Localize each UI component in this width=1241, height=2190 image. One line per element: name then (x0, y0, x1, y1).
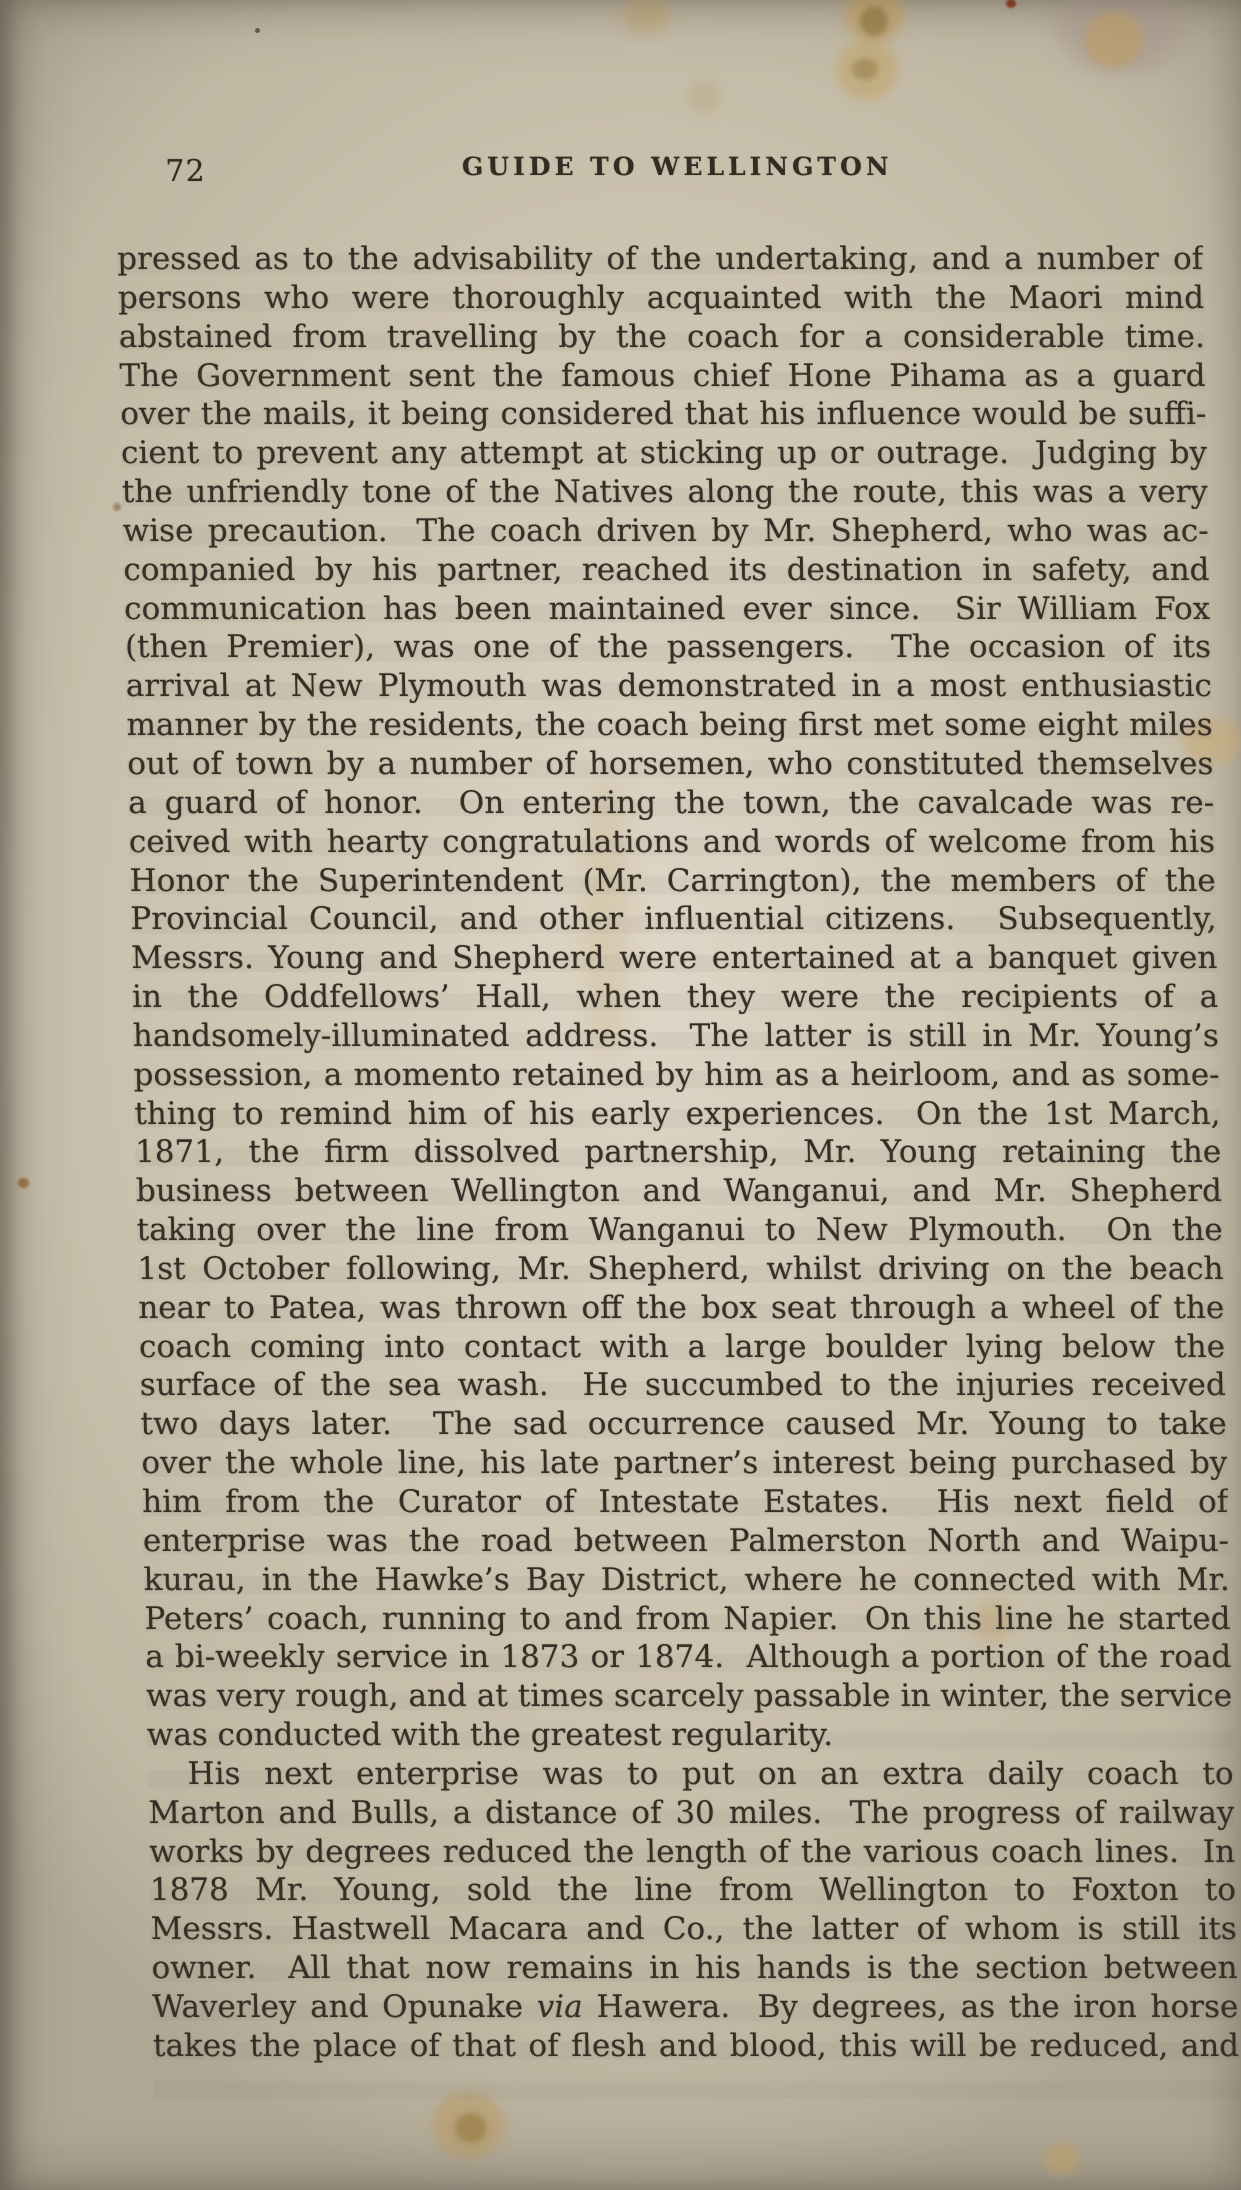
text-line: was conducted with the greatest regulari… (146, 1716, 1233, 1755)
text-line: Marton and Bulls, a distance of 30 miles… (148, 1794, 1235, 1833)
text-line: two days later. The sad occurrence cause… (140, 1405, 1227, 1444)
foxing-stain (113, 503, 121, 511)
text-line: the unfriendly tone of the Natives along… (121, 473, 1208, 512)
text-line: a bi-weekly service in 1873 or 1874. Alt… (145, 1638, 1232, 1677)
text-line: arrival at New Plymouth was demonstrated… (125, 667, 1212, 706)
text-line: over the mails, it being considered that… (120, 395, 1207, 434)
page-content: 72 GUIDE TO WELLINGTON pressed as to the… (112, 0, 1239, 2066)
text-line: companied by his partner, reached its de… (123, 551, 1210, 590)
text-line: Messrs. Young and Shepherd were entertai… (131, 939, 1218, 978)
text-line: 1st October following, Mr. Shepherd, whi… (137, 1250, 1224, 1289)
text-line: owner. All that now remains in his hands… (151, 1949, 1238, 1988)
text-line: manner by the residents, the coach being… (126, 706, 1213, 745)
text-line: business between Wellington and Wanganui… (136, 1172, 1223, 1211)
text-line: works by degrees reduced the length of t… (149, 1833, 1236, 1872)
text-line: His next enterprise was to put on an ext… (147, 1755, 1234, 1794)
running-title: GUIDE TO WELLINGTON (115, 152, 1202, 181)
text-line: cient to prevent any attempt at sticking… (121, 434, 1208, 473)
text-line: abstained from travelling by the coach f… (118, 318, 1205, 357)
text-line: surface of the sea wash. He succumbed to… (139, 1366, 1226, 1405)
foxing-stain (455, 2113, 487, 2143)
text-line: him from the Curator of Intestate Estate… (142, 1483, 1229, 1522)
text-line: Waverley and Opunake via Hawera. By degr… (152, 1988, 1239, 2027)
page-number: 72 (165, 154, 206, 189)
text-line: possession, a momento retained by him as… (133, 1056, 1220, 1095)
text-line: enterprise was the road between Palmerst… (143, 1522, 1230, 1561)
text-line: a guard of honor. On entering the town, … (128, 784, 1215, 823)
foxing-stain (1043, 2142, 1079, 2175)
text-line: 1871, the firm dissolved partnership, Mr… (135, 1133, 1222, 1172)
text-line: wise precaution. The coach driven by Mr.… (122, 512, 1209, 551)
text-line: near to Patea, was thrown off the box se… (138, 1289, 1225, 1328)
text-line: was very rough, and at times scarcely pa… (146, 1677, 1233, 1716)
text-line: over the whole line, his late partner’s … (141, 1444, 1228, 1483)
text-line: kurau, in the Hawke’s Bay District, wher… (143, 1561, 1230, 1600)
text-line: Peters’ coach, running to and from Napie… (144, 1600, 1231, 1639)
text-line: Honor the Superintendent (Mr. Carrington… (129, 862, 1216, 901)
text-line: coach coming into contact with a large b… (139, 1328, 1226, 1367)
text-line: communication has been maintained ever s… (124, 590, 1211, 629)
text-line: ceived with hearty congratulations and w… (129, 823, 1216, 862)
foxing-stain (18, 1178, 29, 1188)
text-line: pressed as to the advisability of the un… (117, 240, 1204, 279)
text-line: persons who were thoroughly acquainted w… (118, 279, 1205, 318)
page-header: 72 GUIDE TO WELLINGTON (115, 152, 1202, 198)
text-line: out of town by a number of horsemen, who… (127, 745, 1214, 784)
text-line: (then Premier), was one of the passenger… (125, 628, 1212, 667)
text-line: handsomely-illuminated address. The latt… (132, 1017, 1219, 1056)
text-line: Messrs. Hastwell Macara and Co., the lat… (150, 1910, 1237, 1949)
text-line: in the Oddfellows’ Hall, when they were … (132, 978, 1219, 1017)
text-line: Provincial Council, and other influentia… (130, 900, 1217, 939)
page-body: pressed as to the advisability of the un… (117, 240, 1240, 2066)
text-line: The Government sent the famous chief Hon… (119, 357, 1206, 396)
book-page-scan: 72 GUIDE TO WELLINGTON pressed as to the… (0, 0, 1241, 2190)
text-line: takes the place of that of flesh and blo… (153, 2027, 1240, 2066)
text-line: taking over the line from Wanganui to Ne… (136, 1211, 1223, 1250)
text-line: 1878 Mr. Young, sold the line from Welli… (150, 1871, 1237, 1910)
foxing-stain (432, 2092, 504, 2158)
text-line: thing to remind him of his early experie… (134, 1095, 1221, 1134)
